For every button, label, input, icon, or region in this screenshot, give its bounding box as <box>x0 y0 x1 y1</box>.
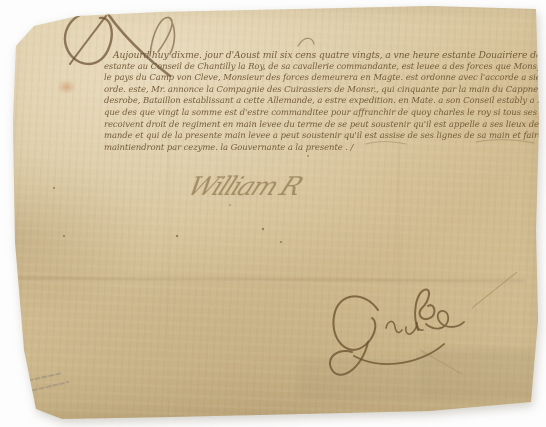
text-line: recoivent droit de regiment en main leve… <box>104 120 540 132</box>
text-line: Aujourd'huy dixme. jour d'Aoust mil six … <box>104 50 540 62</box>
text-line: que des que vingt la somme est d'estre c… <box>104 108 540 120</box>
show-through-patch-2 <box>298 358 420 400</box>
parchment-sheet: Aujourd'huy dixme. jour d'Aoust mil six … <box>0 0 546 427</box>
text-line: desrobe, Bataillon establissant a cette … <box>104 96 540 108</box>
text-line: maintiendront par cezyme. la Gouvernante… <box>104 143 540 155</box>
photo-background: Aujourd'huy dixme. jour d'Aoust mil six … <box>0 0 546 427</box>
text-line: mande et qui de la presente main levee a… <box>104 131 540 143</box>
text-line: orde. este, Mr. annonce la Compagnie des… <box>104 85 540 97</box>
manuscript-text: Aujourd'huy dixme. jour d'Aoust mil six … <box>104 50 540 154</box>
red-stain <box>57 80 76 94</box>
show-through-patch <box>420 350 534 400</box>
text-line: le pays du Camp von Cleve, Monsieur des … <box>104 73 540 85</box>
text-line: estante au Conseil de Chantilly la Roy, … <box>104 62 540 74</box>
parchment: Aujourd'huy dixme. jour d'Aoust mil six … <box>0 0 546 427</box>
